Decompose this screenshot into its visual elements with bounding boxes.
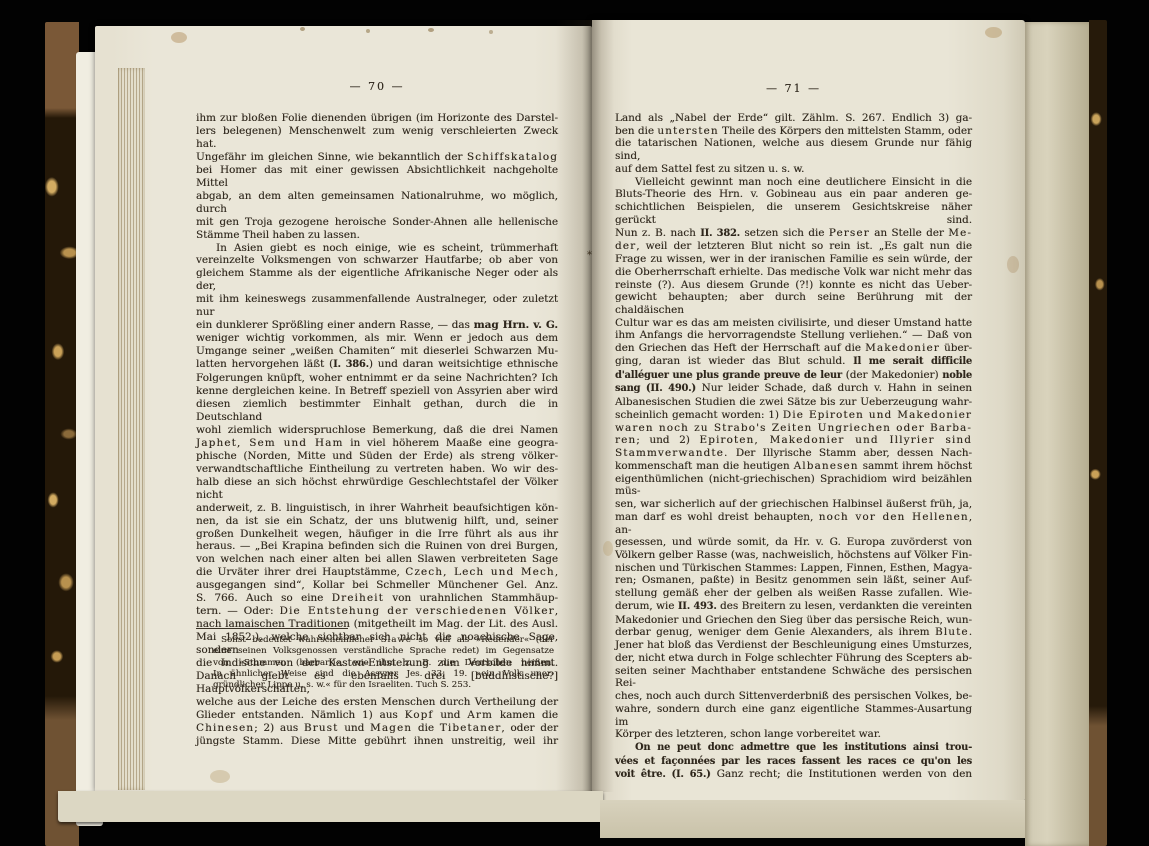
- right-page: — 71 — Land als „Nabel der Erde“ gilt. Z…: [592, 20, 1025, 802]
- footnote-rule: [196, 628, 348, 629]
- page-stack-edges: [118, 68, 145, 790]
- bottom-page-edges-left: [58, 791, 603, 822]
- right-page-text: Land als „Nabel der Erde“ gilt. Zählm. S…: [615, 112, 972, 782]
- scanned-book-spread: — 70 — ihm zur bloßen Folie dienenden üb…: [0, 0, 1149, 846]
- marbled-cover-left-edge: [45, 22, 79, 846]
- marbled-cover-right-edge: [1089, 20, 1107, 846]
- left-page-number: — 70 —: [196, 80, 558, 93]
- flyleaf-right-edge: [1025, 22, 1089, 846]
- bottom-page-edges-right: [600, 800, 1070, 838]
- left-page-footnote: Sonst bedeutet wahrscheinlicher Slawe so…: [213, 635, 554, 691]
- left-page: — 70 — ihm zur bloßen Folie dienenden üb…: [95, 26, 592, 792]
- right-page-number: — 71 —: [615, 82, 972, 95]
